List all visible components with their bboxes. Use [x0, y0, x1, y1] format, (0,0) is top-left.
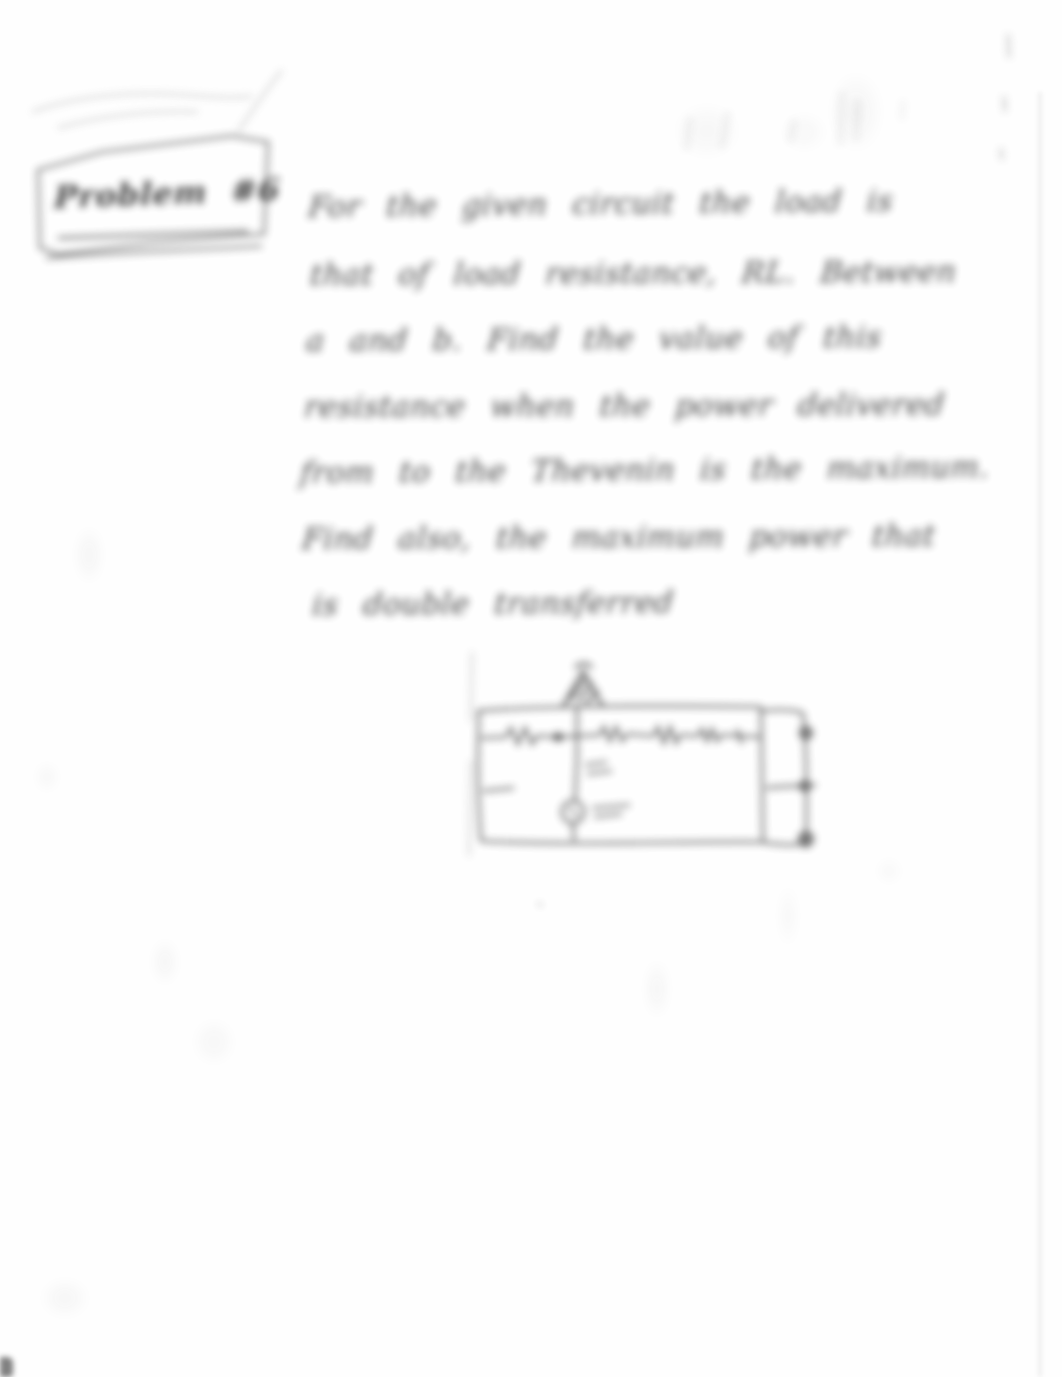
circuit-diagram — [477, 664, 816, 907]
source-branch — [562, 708, 630, 841]
corner-mark — [0, 1357, 13, 1377]
handwritten-line-2: that of load resistance, RL. Between — [309, 255, 959, 293]
resistor-icon — [698, 729, 721, 741]
stray-dot — [538, 903, 542, 906]
handwritten-line-4: resistance when the power delivered — [302, 388, 946, 425]
terminal-b-mark — [799, 832, 813, 846]
terminals — [761, 710, 816, 848]
ink-layer: Problem #6 For the given circuit the loa… — [0, 0, 1062, 1377]
circuit-outline — [477, 706, 763, 843]
stray-stroke — [469, 652, 472, 856]
handwritten-line-1: For the given circuit the load is — [307, 184, 895, 225]
resistor-icon — [600, 727, 627, 741]
terminal-mid-mark — [800, 781, 810, 791]
terminal-a-mark — [800, 727, 812, 739]
handwritten-line-5: from to the Thevenin is the maximum. — [299, 450, 992, 491]
label-scribble — [592, 805, 630, 817]
label-scribble — [585, 762, 612, 774]
page-edge-shadow — [1038, 92, 1042, 1377]
ghost-marks — [686, 92, 903, 150]
source-arrow-scribble — [563, 664, 603, 707]
pencil-scribble — [32, 70, 282, 132]
handwritten-line-7: is double transferred — [311, 585, 676, 623]
top-rail — [481, 727, 761, 744]
resistor-icon — [506, 728, 540, 744]
polarity-tick — [483, 788, 514, 791]
handwritten-line-3: a and b. Find the value of this — [305, 320, 884, 359]
handwritten-line-6: Find also, the maximum power that — [301, 519, 938, 557]
scanned-page: Problem #6 For the given circuit the loa… — [0, 0, 1062, 1377]
resistor-icon — [654, 727, 680, 743]
edge-dashes — [1001, 34, 1009, 160]
